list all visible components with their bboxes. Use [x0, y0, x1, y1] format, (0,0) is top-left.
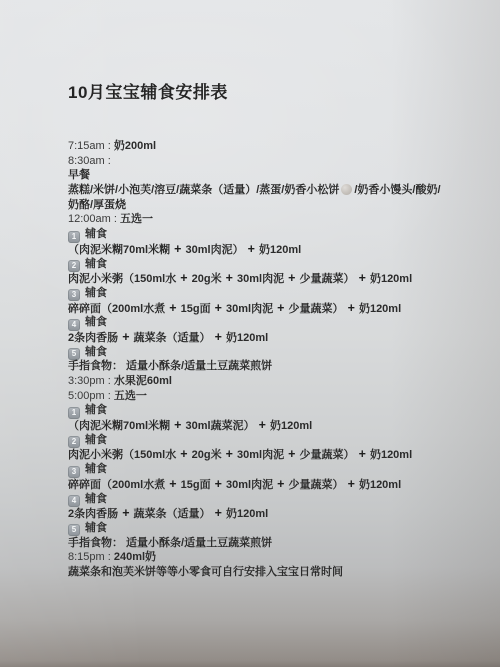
line-text: 肉泥小米粥（150ml水 — [68, 449, 179, 461]
line-text: 五选一 — [120, 213, 153, 225]
schedule-line: 手指食物： 适量小酥条/适量土豆蔬菜煎饼 — [68, 359, 482, 374]
plus-icon: + — [121, 506, 130, 521]
line-text: 辅食 — [85, 493, 107, 505]
line-text: 奶120ml — [223, 508, 268, 520]
line-text: 240ml奶 — [114, 551, 156, 563]
plus-icon: + — [287, 447, 296, 462]
plus-icon: + — [179, 447, 188, 462]
line-text: 碎碎面（200ml水煮 — [68, 479, 168, 491]
line-text: 30ml肉泥 — [234, 449, 287, 461]
line-text: 手指食物： 适量小酥条/适量土豆蔬菜煎饼 — [68, 360, 272, 372]
line-text: 奶200ml — [114, 140, 156, 152]
plus-icon: + — [168, 300, 177, 315]
keycap-5-icon: 5 — [68, 524, 80, 536]
schedule-line: 碎碎面（200ml水煮 + 15g面 + 30ml肉泥 + 少量蔬菜） + 奶1… — [68, 301, 482, 316]
line-text: 30ml蔬菜泥） — [182, 420, 257, 432]
line-text: 8:15pm : — [68, 551, 114, 563]
schedule-line: 手指食物： 适量小酥条/适量土豆蔬菜煎饼 — [68, 536, 482, 551]
schedule-line: 蔬菜条和泡芙米饼等等小零食可自行安排入宝宝日常时间 — [68, 565, 482, 580]
line-text: 30ml肉泥） — [182, 244, 246, 256]
line-text: 辅食 — [85, 434, 107, 446]
plus-icon: + — [214, 330, 223, 345]
plus-icon: + — [287, 271, 296, 286]
line-text: 手指食物： 适量小酥条/适量土豆蔬菜煎饼 — [68, 537, 272, 549]
keycap-3-icon: 3 — [68, 466, 80, 478]
keycap-4-icon: 4 — [68, 319, 80, 331]
schedule-line: 5辅食 — [68, 345, 482, 360]
schedule-line: 3:30pm : 水果泥60ml — [68, 374, 482, 389]
keycap-5-icon: 5 — [68, 348, 80, 360]
line-text: 15g面 — [178, 479, 214, 491]
plus-icon: + — [179, 271, 188, 286]
line-text: 少量蔬菜） — [285, 303, 346, 315]
line-text: 早餐 — [68, 169, 90, 181]
line-text: 奶120ml — [367, 273, 412, 285]
plus-icon: + — [214, 476, 223, 491]
plus-icon: + — [214, 506, 223, 521]
schedule-line: 蒸糕/米饼/小泡芙/溶豆/蔬菜条（适量）/蒸蛋/奶香小松饼/奶香小馒头/酸奶/ — [68, 183, 482, 198]
line-text: 辅食 — [85, 228, 107, 240]
plus-icon: + — [347, 476, 356, 491]
keycap-1-icon: 1 — [68, 231, 80, 243]
line-text: 20g米 — [189, 449, 225, 461]
schedule-line: 4辅食 — [68, 315, 482, 330]
plus-icon: + — [247, 241, 256, 256]
line-text: 奶120ml — [267, 420, 312, 432]
line-text: （肉泥米糊70ml米糊 — [68, 420, 173, 432]
page-title: 10月宝宝辅食安排表 — [68, 78, 482, 103]
pancake-icon — [341, 184, 352, 195]
line-text: 蒸糕/米饼/小泡芙/溶豆/蔬菜条（适量）/蒸蛋/奶香小松饼 — [68, 184, 339, 196]
line-text: 五选一 — [114, 390, 147, 402]
line-text: 少量蔬菜） — [285, 479, 346, 491]
line-text: 蔬菜条和泡芙米饼等等小零食可自行安排入宝宝日常时间 — [68, 566, 343, 578]
schedule-line: 5辅食 — [68, 521, 482, 536]
schedule-line: 1辅食 — [68, 403, 482, 418]
line-text: 30ml肉泥 — [223, 479, 276, 491]
plus-icon: + — [173, 241, 182, 256]
schedule-line: 3辅食 — [68, 462, 482, 477]
keycap-2-icon: 2 — [68, 436, 80, 448]
line-text: 奶120ml — [356, 303, 401, 315]
line-text: 辅食 — [85, 522, 107, 534]
schedule-line: 2辅食 — [68, 257, 482, 272]
schedule-line: 7:15am : 奶200ml — [68, 139, 482, 154]
plus-icon: + — [347, 300, 356, 315]
schedule-line: 8:15pm : 240ml奶 — [68, 550, 482, 565]
line-text: 奶120ml — [367, 449, 412, 461]
line-text: 奶120ml — [223, 332, 268, 344]
keycap-2-icon: 2 — [68, 260, 80, 272]
schedule-line: （肉泥米糊70ml米糊 + 30ml蔬菜泥） + 奶120ml — [68, 418, 482, 433]
keycap-3-icon: 3 — [68, 289, 80, 301]
plus-icon: + — [121, 330, 130, 345]
schedule-line: 5:00pm : 五选一 — [68, 389, 482, 404]
line-text: 30ml肉泥 — [223, 303, 276, 315]
schedule-line: 12:00am : 五选一 — [68, 212, 482, 227]
plus-icon: + — [225, 447, 234, 462]
keycap-1-icon: 1 — [68, 407, 80, 419]
line-text: 2条肉香肠 — [68, 332, 121, 344]
plus-icon: + — [214, 300, 223, 315]
line-text: 12:00am : — [68, 213, 120, 225]
line-text: 蔬菜条（适量） — [131, 332, 214, 344]
schedule-line: （肉泥米糊70ml米糊 + 30ml肉泥） + 奶120ml — [68, 242, 482, 257]
schedule-line: 早餐 — [68, 168, 482, 183]
line-text: 30ml肉泥 — [234, 273, 287, 285]
line-text: （肉泥米糊70ml米糊 — [68, 244, 173, 256]
schedule-line: 碎碎面（200ml水煮 + 15g面 + 30ml肉泥 + 少量蔬菜） + 奶1… — [68, 477, 482, 492]
line-text: 少量蔬菜） — [296, 273, 357, 285]
plus-icon: + — [225, 271, 234, 286]
line-text: 奶120ml — [256, 244, 301, 256]
schedule-line: 2辅食 — [68, 433, 482, 448]
schedule-line: 奶酪/厚蛋烧 — [68, 198, 482, 213]
schedule-line: 3辅食 — [68, 286, 482, 301]
line-text: 辅食 — [85, 404, 107, 416]
schedule-line: 4辅食 — [68, 492, 482, 507]
plus-icon: + — [358, 271, 367, 286]
line-text: /奶香小馒头/酸奶/ — [354, 184, 440, 196]
line-text: 7:15am : — [68, 140, 114, 152]
line-text: 蔬菜条（适量） — [131, 508, 214, 520]
line-text: 碎碎面（200ml水煮 — [68, 303, 168, 315]
schedule-lines: 7:15am : 奶200ml8:30am :早餐蒸糕/米饼/小泡芙/溶豆/蔬菜… — [68, 139, 482, 580]
plus-icon: + — [276, 300, 285, 315]
schedule-line: 1辅食 — [68, 227, 482, 242]
line-text: 辅食 — [85, 316, 107, 328]
plus-icon: + — [173, 418, 182, 433]
line-text: 奶酪/厚蛋烧 — [68, 199, 126, 211]
schedule-document: 10月宝宝辅食安排表 7:15am : 奶200ml8:30am :早餐蒸糕/米… — [68, 78, 482, 580]
line-text: 辅食 — [85, 346, 107, 358]
line-text: 8:30am : — [68, 155, 111, 167]
plus-icon: + — [168, 476, 177, 491]
schedule-line: 8:30am : — [68, 154, 482, 169]
line-text: 20g米 — [189, 273, 225, 285]
line-text: 肉泥小米粥（150ml水 — [68, 273, 179, 285]
schedule-line: 2条肉香肠 + 蔬菜条（适量） + 奶120ml — [68, 506, 482, 521]
line-text: 2条肉香肠 — [68, 508, 121, 520]
line-text: 水果泥60ml — [114, 375, 172, 387]
line-text: 辅食 — [85, 258, 107, 270]
line-text: 辅食 — [85, 463, 107, 475]
line-text: 少量蔬菜） — [296, 449, 357, 461]
schedule-line: 肉泥小米粥（150ml水 + 20g米 + 30ml肉泥 + 少量蔬菜） + 奶… — [68, 447, 482, 462]
line-text: 15g面 — [178, 303, 214, 315]
plus-icon: + — [258, 418, 267, 433]
line-text: 3:30pm : — [68, 375, 114, 387]
line-text: 奶120ml — [356, 479, 401, 491]
plus-icon: + — [276, 476, 285, 491]
keycap-4-icon: 4 — [68, 495, 80, 507]
line-text: 辅食 — [85, 287, 107, 299]
schedule-line: 肉泥小米粥（150ml水 + 20g米 + 30ml肉泥 + 少量蔬菜） + 奶… — [68, 271, 482, 286]
schedule-line: 2条肉香肠 + 蔬菜条（适量） + 奶120ml — [68, 330, 482, 345]
plus-icon: + — [358, 447, 367, 462]
line-text: 5:00pm : — [68, 390, 114, 402]
